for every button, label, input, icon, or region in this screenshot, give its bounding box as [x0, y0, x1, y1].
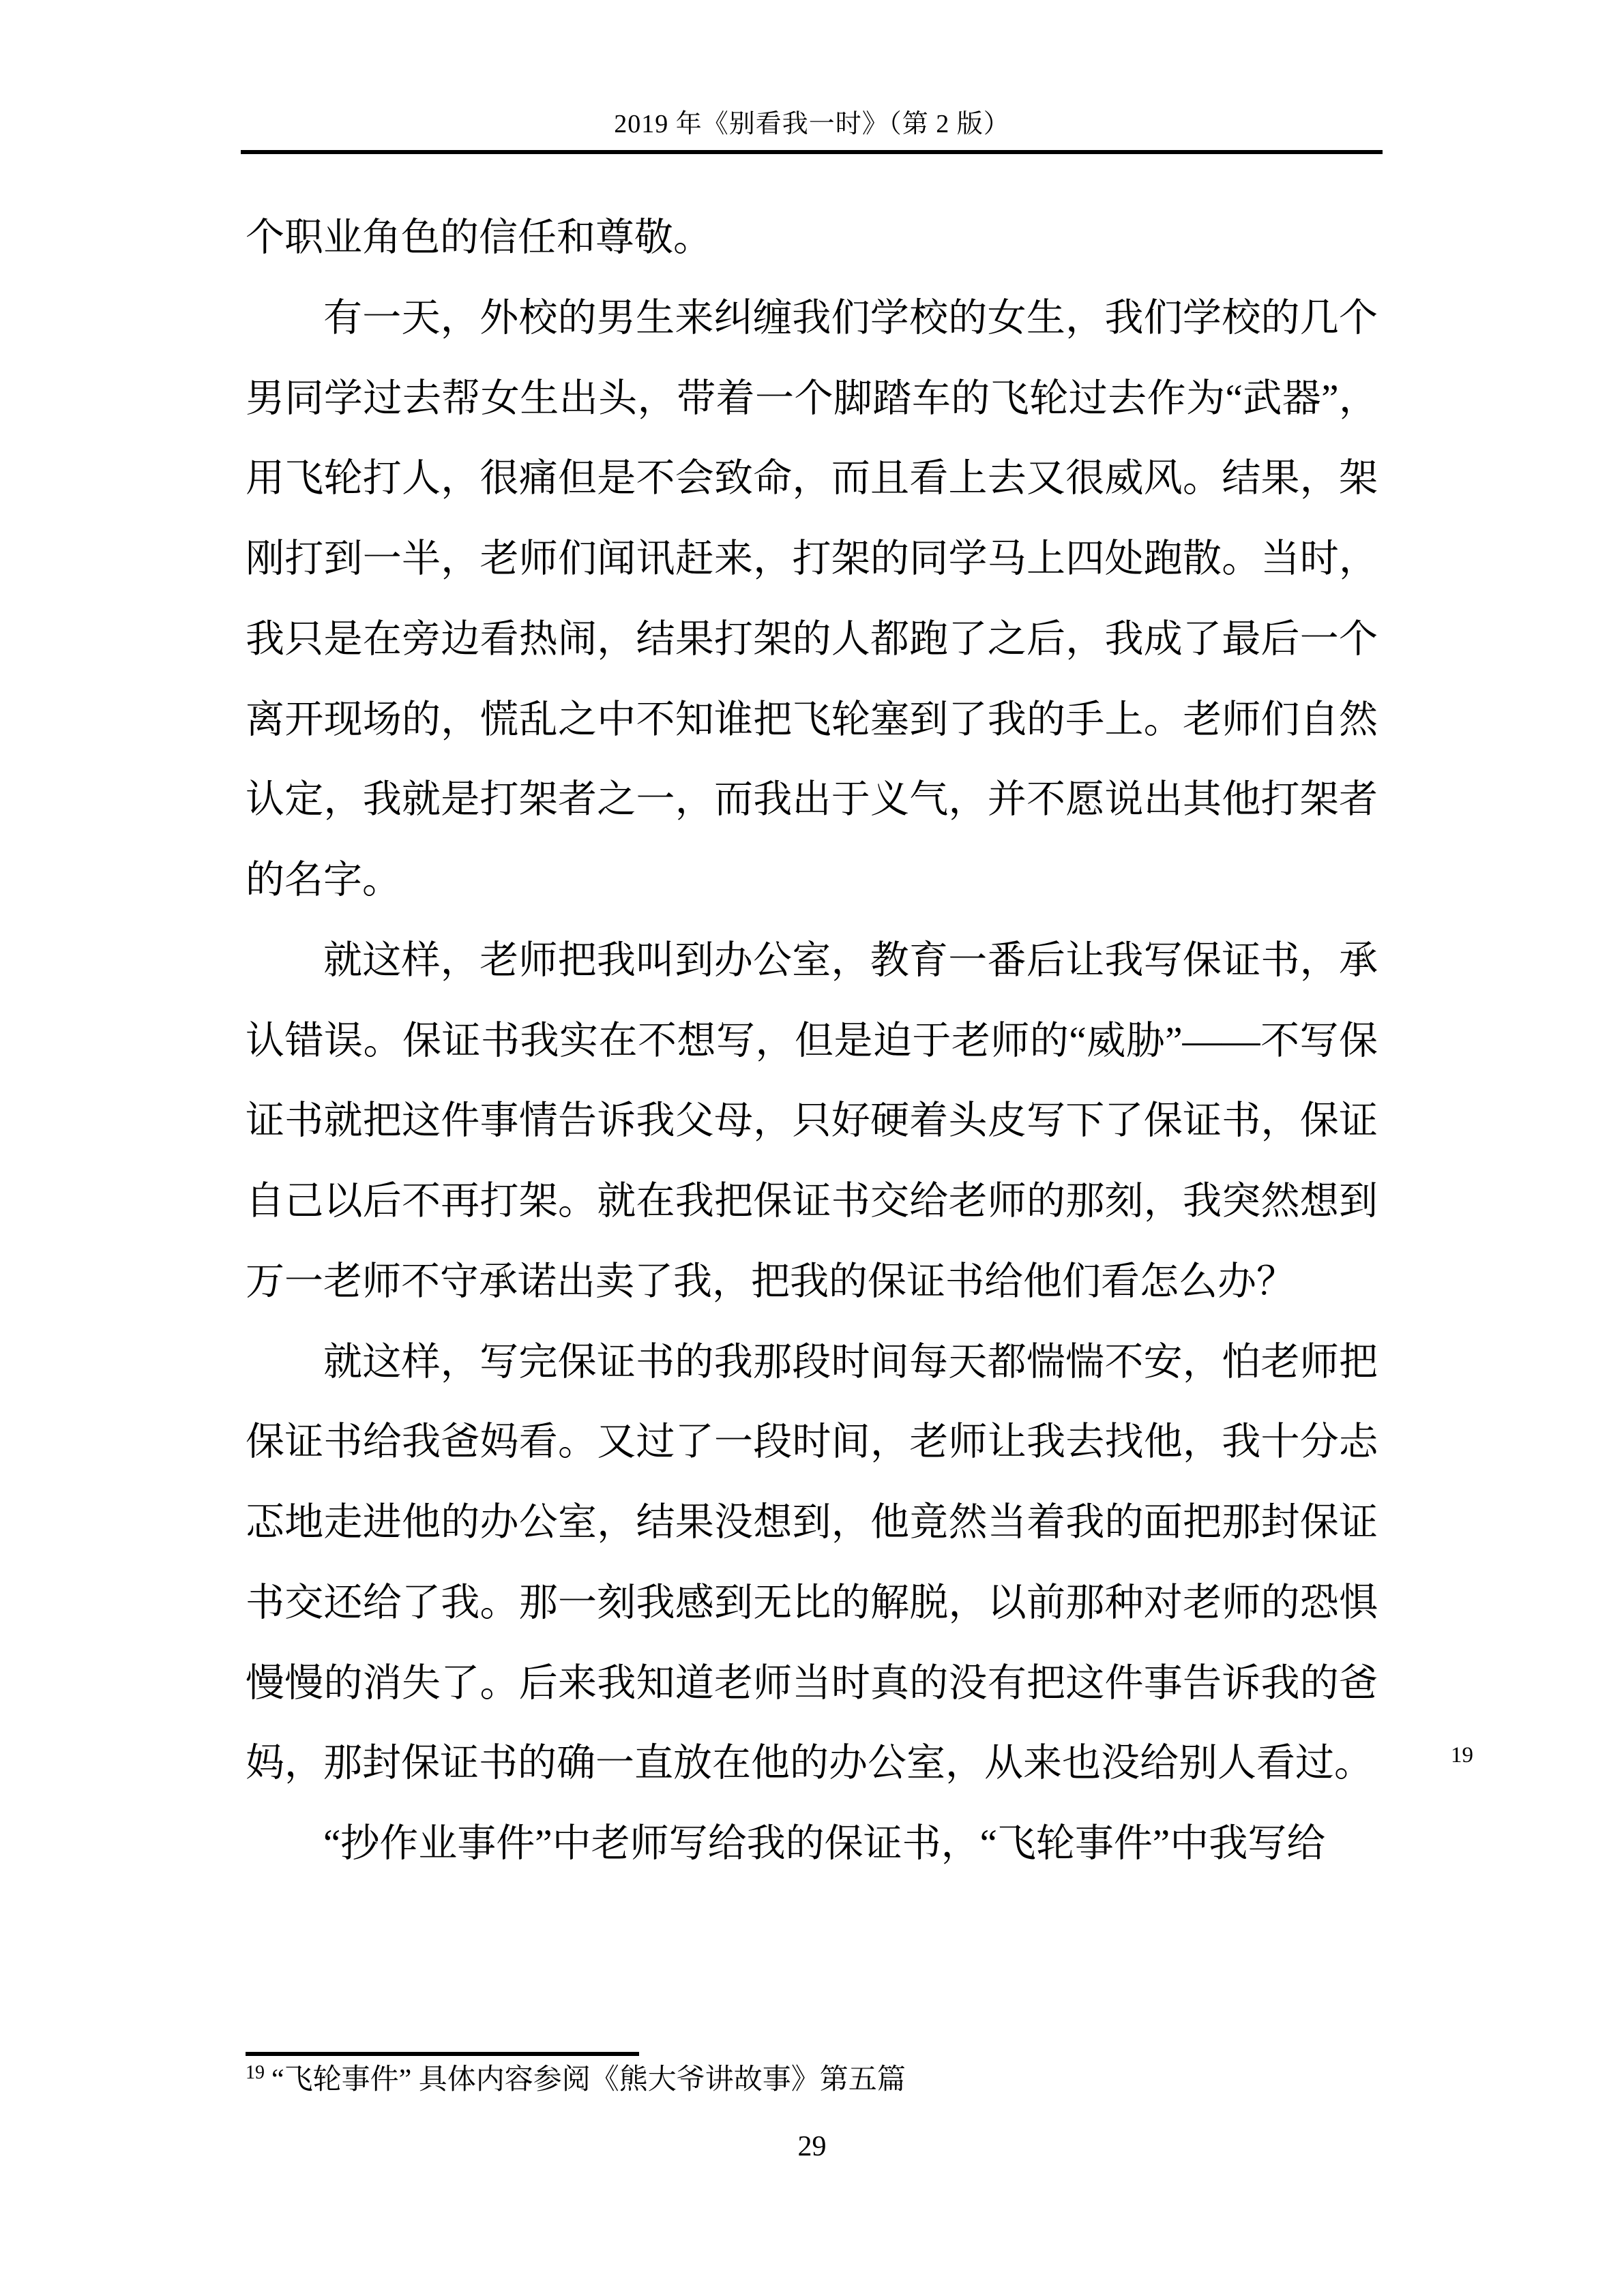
footnote-text: “飞轮事件” 具体内容参阅《熊大爷讲故事》第五篇 — [271, 2064, 906, 2096]
footnote-separator-rule — [246, 2052, 639, 2056]
paragraph-text: 有一天，外校的男生来纠缠我们学校的女生，我们学校的几个男同学过去帮女生出头，带着… — [246, 297, 1378, 901]
header-divider-rule — [241, 150, 1383, 154]
body-paragraph: 个职业角色的信任和尊敬。 — [246, 198, 1378, 278]
document-body: 个职业角色的信任和尊敬。 有一天，外校的男生来纠缠我们学校的女生，我们学校的几个… — [246, 198, 1378, 1884]
body-paragraph: 就这样，写完保证书的我那段时间每天都惴惴不安，怕老师把保证书给我爸妈看。又过了一… — [246, 1322, 1378, 1804]
paragraph-text: “抄作业事件”中老师写给我的保证书，“飞轮事件”中我写给 — [323, 1822, 1325, 1865]
body-paragraph: 有一天，外校的男生来纠缠我们学校的女生，我们学校的几个男同学过去帮女生出头，带着… — [246, 278, 1378, 921]
footnote-marker: 19 — [246, 2062, 265, 2083]
body-paragraph: 就这样，老师把我叫到办公室，教育一番后让我写保证书，承认错误。保证书我实在不想写… — [246, 921, 1378, 1322]
paragraph-text: 个职业角色的信任和尊敬。 — [246, 216, 712, 259]
page-number: 29 — [0, 2129, 1624, 2164]
body-paragraph: “抄作业事件”中老师写给我的保证书，“飞轮事件”中我写给 — [246, 1804, 1378, 1884]
paragraph-text: 就这样，老师把我叫到办公室，教育一番后让我写保证书，承认错误。保证书我实在不想写… — [246, 939, 1378, 1303]
footnote: 19“飞轮事件” 具体内容参阅《熊大爷讲故事》第五篇 — [246, 2058, 1378, 2102]
page-header-title: 2019 年《别看我一时》（第 2 版） — [0, 102, 1624, 146]
document-page: 2019 年《别看我一时》（第 2 版） 个职业角色的信任和尊敬。 有一天，外校… — [0, 0, 1624, 2296]
paragraph-text: 就这样，写完保证书的我那段时间每天都惴惴不安，怕老师把保证书给我爸妈看。又过了一… — [246, 1341, 1378, 1785]
